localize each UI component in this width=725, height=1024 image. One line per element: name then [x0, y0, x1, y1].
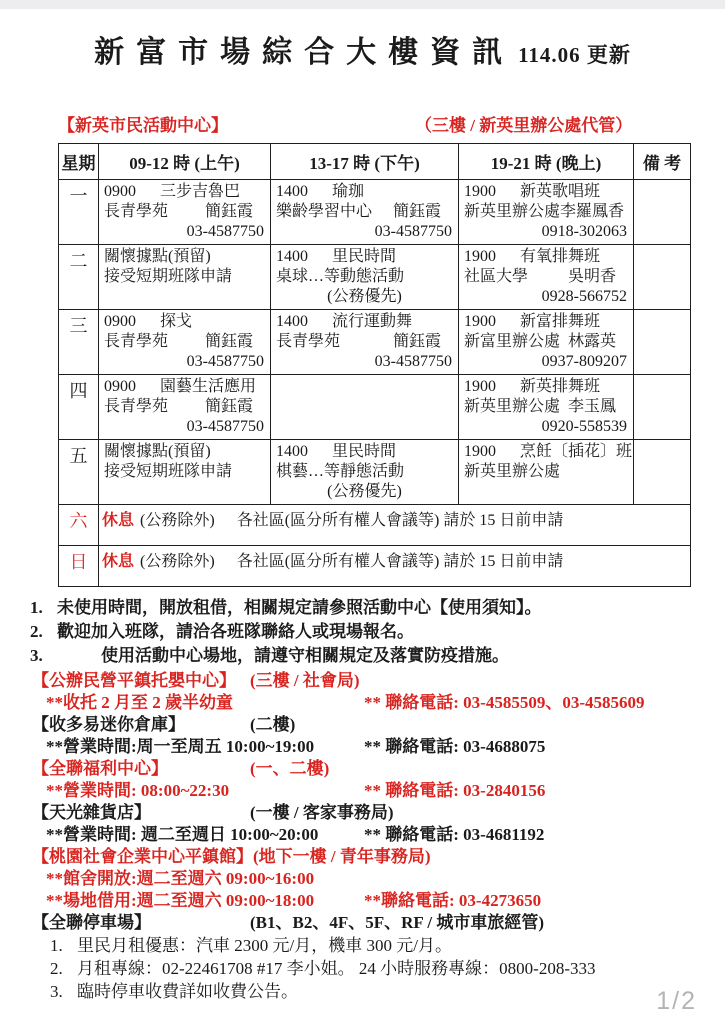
column-header: 19-21 時 (晚上)	[459, 144, 634, 180]
organization: 長青學苑	[274, 332, 340, 352]
detail-left: **營業時間: 08:00~22:30	[46, 780, 364, 802]
section-heading: 【天光雜貨店】	[32, 802, 250, 824]
contact-person: 簡鈺霞	[205, 332, 253, 352]
phone-number: 0937-809207	[462, 352, 630, 372]
section-header: 【天光雜貨店】(一樓 / 客家事務局)	[32, 802, 725, 824]
schedule-row: 一0900三步吉魯巴長青學苑簡鈺霞03-45877501400瑜珈樂齡學習中心簡…	[59, 180, 691, 245]
schedule-row: 三0900探戈長青學苑簡鈺霞03-45877501400流行運動舞長青學苑簡鈺霞…	[59, 310, 691, 375]
phone-number: 03-4587750	[102, 417, 267, 437]
class-time: 0900	[102, 377, 160, 397]
remark-cell	[634, 245, 691, 310]
schedule-line: 0900園藝生活應用	[102, 377, 267, 397]
phone-number: 03-4587750	[274, 352, 455, 372]
organization: 長青學苑	[102, 202, 168, 222]
schedule-line: 1900新富排舞班	[462, 312, 630, 332]
column-header: 13-17 時 (下午)	[271, 144, 459, 180]
class-name: 里民時間	[332, 247, 396, 267]
contact-person: 吳明香	[568, 267, 616, 287]
section-location: (地下一樓 / 青年事務局)	[253, 846, 431, 868]
facility-section: 【全聯福利中心】(一、二樓)**營業時間: 08:00~22:30** 聯絡電話…	[32, 758, 725, 802]
schedule-cell: 1900新英歌唱班新英里辦公處李羅鳳香0918-302063	[459, 180, 634, 245]
rest-qualifier: (公務除外)	[140, 512, 215, 529]
detail-left: **場地借用:週二至週六 09:00~18:00	[46, 890, 364, 912]
section-header: 【全聯停車場】(B1、B2、4F、5F、RF / 城市車旅經管)	[32, 912, 725, 934]
schedule-cell: 0900園藝生活應用長青學苑簡鈺霞03-4587750	[99, 375, 271, 440]
day-cell: 五	[59, 440, 99, 505]
class-name: 新富排舞班	[520, 312, 600, 332]
class-name: 探戈	[160, 312, 192, 332]
table-body: 一0900三步吉魯巴長青學苑簡鈺霞03-45877501400瑜珈樂齡學習中心簡…	[59, 180, 691, 587]
schedule-line: 新英里辦公處李羅鳳香	[462, 202, 630, 222]
class-name: 園藝生活應用	[160, 377, 256, 397]
detail-left: **營業時間:周一至周五 10:00~19:00	[46, 736, 364, 758]
section-location: (B1、B2、4F、5F、RF / 城市車旅經管)	[250, 912, 544, 934]
parking-note-text: 月租專線：02-22461708 #17 李小姐。 24 小時服務專線：0800…	[77, 957, 595, 980]
schedule-cell: 1400里民時間桌球…等動態活動(公務優先)	[271, 245, 459, 310]
schedule-cell: 關懷據點(預留)接受短期班隊申請	[99, 440, 271, 505]
rest-label: 休息	[102, 553, 134, 570]
contact-person: 林露英	[568, 332, 616, 352]
facility-section: 【桃園社會企業中心平鎮館】(地下一樓 / 青年事務局)**館舍開放:週二至週六 …	[32, 846, 725, 912]
remark-cell	[634, 310, 691, 375]
organization: 長青學苑	[102, 332, 168, 352]
activity-center-location: （三樓 / 新英里辦公處代管）	[415, 111, 632, 136]
section-detail-line: **收托 2 月至 2 歲半幼童** 聯絡電話: 03-4585509、03-4…	[32, 692, 725, 714]
detail-right: ** 聯絡電話: 03-2840156	[364, 780, 545, 802]
header-row: 星期09-12 時 (上午)13-17 時 (下午)19-21 時 (晚上)備 …	[59, 144, 691, 180]
note-text: 歡迎加入班隊，請洽各班隊聯絡人或現場報名。	[57, 620, 414, 644]
rest-row: 六休息(公務除外)各社區(區分所有權人會議等) 請於 15 日前申請	[59, 505, 691, 546]
note-number: 2.	[30, 620, 57, 644]
cell-note: (公務優先)	[274, 287, 455, 307]
schedule-line: 1900新英排舞班	[462, 377, 630, 397]
schedule-cell: 1900新英排舞班新英里辦公處李玉鳳0920-558539	[459, 375, 634, 440]
rest-detail: 各社區(區分所有權人會議等) 請於 15 日前申請	[237, 553, 564, 570]
parking-note-number: 1.	[50, 934, 77, 957]
class-time: 1900	[462, 442, 520, 462]
column-header: 09-12 時 (上午)	[99, 144, 271, 180]
parking-note: 2.月租專線：02-22461708 #17 李小姐。 24 小時服務專線：08…	[32, 957, 725, 980]
schedule-line: 1900新英歌唱班	[462, 182, 630, 202]
schedule-line: 1400里民時間	[274, 247, 455, 267]
activity-center-header: 【新英市民活動中心】 （三樓 / 新英里辦公處代管）	[58, 111, 725, 136]
section-location: (一樓 / 客家事務局)	[250, 802, 394, 824]
schedule-line: 1900有氧排舞班	[462, 247, 630, 267]
section-location: (一、二樓)	[250, 758, 329, 780]
activity-center-heading: 【新英市民活動中心】	[58, 111, 415, 136]
phone-number: 0928-566752	[462, 287, 630, 307]
cell-text: 桌球…等動態活動	[274, 267, 455, 287]
organization: 長青學苑	[102, 397, 168, 417]
section-heading: 【全聯福利中心】	[32, 758, 250, 780]
cell-note: (公務優先)	[274, 482, 455, 502]
class-name: 里民時間	[332, 442, 396, 462]
schedule-line: 長青學苑簡鈺霞	[102, 202, 267, 222]
organization: 新英里辦公處	[462, 397, 560, 417]
schedule-line: 長青學苑簡鈺霞	[274, 332, 455, 352]
detail-left: **收托 2 月至 2 歲半幼童	[46, 692, 364, 714]
parking-note-text: 臨時停車收費詳如收費公告。	[77, 980, 298, 1003]
schedule-cell: 關懷據點(預留)接受短期班隊申請	[99, 245, 271, 310]
class-name: 烹飪〔插花〕班	[520, 442, 632, 462]
note-item: 2.歡迎加入班隊，請洽各班隊聯絡人或現場報名。	[30, 620, 725, 644]
organization: 社區大學	[462, 267, 528, 287]
schedule-cell: 0900探戈長青學苑簡鈺霞03-4587750	[99, 310, 271, 375]
schedule-line: 長青學苑簡鈺霞	[102, 397, 267, 417]
facility-section: 【天光雜貨店】(一樓 / 客家事務局)**營業時間: 週二至週日 10:00~2…	[32, 802, 725, 846]
organization: 新英里辦公處	[462, 202, 560, 222]
schedule-cell: 1400瑜珈樂齡學習中心簡鈺霞03-4587750	[271, 180, 459, 245]
cell-text: 關懷據點(預留)	[102, 247, 267, 267]
schedule-cell: 0900三步吉魯巴長青學苑簡鈺霞03-4587750	[99, 180, 271, 245]
phone-number: 0920-558539	[462, 417, 630, 437]
class-name: 流行運動舞	[332, 312, 412, 332]
table-head: 星期09-12 時 (上午)13-17 時 (下午)19-21 時 (晚上)備 …	[59, 144, 691, 180]
schedule-line: 長青學苑簡鈺霞	[102, 332, 267, 352]
document-page: 新富市場綜合大樓資訊 114.06 更新 【新英市民活動中心】 （三樓 / 新英…	[0, 0, 725, 1024]
cell-text: 新英里辦公處	[462, 462, 630, 482]
class-time: 1900	[462, 377, 520, 397]
phone-number: 03-4587750	[102, 352, 267, 372]
cell-text: 棋藝…等靜態活動	[274, 462, 455, 482]
note-text: 未使用時間，開放租借，相關規定請參照活動中心【使用須知】。	[57, 596, 542, 620]
class-name: 三步吉魯巴	[160, 182, 240, 202]
section-header: 【全聯福利中心】(一、二樓)	[32, 758, 725, 780]
rest-cell: 休息(公務除外)各社區(區分所有權人會議等) 請於 15 日前申請	[99, 505, 691, 546]
column-header: 星期	[59, 144, 99, 180]
contact-person: 李玉鳳	[568, 397, 616, 417]
day-cell: 三	[59, 310, 99, 375]
phone-number: 03-4587750	[274, 222, 455, 242]
schedule-line: 社區大學吳明香	[462, 267, 630, 287]
page-title: 新富市場綜合大樓資訊	[94, 36, 514, 69]
schedule-cell: 1400里民時間棋藝…等靜態活動(公務優先)	[271, 440, 459, 505]
parking-note-number: 3.	[50, 980, 77, 1003]
section-detail-line: **營業時間: 08:00~22:30** 聯絡電話: 03-2840156	[32, 780, 725, 802]
day-cell: 一	[59, 180, 99, 245]
schedule-row: 五關懷據點(預留)接受短期班隊申請1400里民時間棋藝…等靜態活動(公務優先)1…	[59, 440, 691, 505]
class-time: 0900	[102, 182, 160, 202]
class-time: 0900	[102, 312, 160, 332]
detail-right: ** 聯絡電話: 03-4585509、03-4585609	[364, 692, 644, 714]
schedule-row: 四0900園藝生活應用長青學苑簡鈺霞03-45877501900新英排舞班新英里…	[59, 375, 691, 440]
day-cell: 日	[59, 546, 99, 587]
section-detail-line: **館舍開放:週二至週六 09:00~16:00	[32, 868, 725, 890]
note-number: 1.	[30, 596, 57, 620]
class-name: 新英排舞班	[520, 377, 600, 397]
schedule-line: 0900探戈	[102, 312, 267, 332]
class-time: 1900	[462, 247, 520, 267]
class-time: 1400	[274, 312, 332, 332]
detail-right: ** 聯絡電話: 03-4688075	[364, 736, 545, 758]
section-header: 【公辦民營平鎮托嬰中心】(三樓 / 社會局)	[32, 670, 725, 692]
contact-person: 簡鈺霞	[393, 332, 441, 352]
day-cell: 六	[59, 505, 99, 546]
page-number: 1/2	[656, 987, 697, 1016]
schedule-cell: 1900有氧排舞班社區大學吳明香0928-566752	[459, 245, 634, 310]
phone-number: 03-4587750	[102, 222, 267, 242]
facility-section: 【公辦民營平鎮托嬰中心】(三樓 / 社會局)**收托 2 月至 2 歲半幼童**…	[32, 670, 725, 714]
note-number: 3.	[30, 644, 57, 668]
schedule-cell: 1400流行運動舞長青學苑簡鈺霞03-4587750	[271, 310, 459, 375]
class-time: 1900	[462, 312, 520, 332]
schedule-cell: 1900新富排舞班新富里辦公處林露英0937-809207	[459, 310, 634, 375]
section-detail-line: **場地借用:週二至週六 09:00~18:00**聯絡電話: 03-42736…	[32, 890, 725, 912]
cell-text: 接受短期班隊申請	[102, 462, 267, 482]
class-name: 新英歌唱班	[520, 182, 600, 202]
schedule-line: 1400里民時間	[274, 442, 455, 462]
facility-section: 【收多易迷你倉庫】(二樓)**營業時間:周一至周五 10:00~19:00** …	[32, 714, 725, 758]
section-detail-line: **營業時間: 週二至週日 10:00~20:00** 聯絡電話: 03-468…	[32, 824, 725, 846]
parking-note-number: 2.	[50, 957, 77, 980]
class-time: 1400	[274, 442, 332, 462]
schedule-line: 新英里辦公處李玉鳳	[462, 397, 630, 417]
detail-right: ** 聯絡電話: 03-4681192	[364, 824, 544, 846]
contact-person: 簡鈺霞	[205, 397, 253, 417]
title-bar: 新富市場綜合大樓資訊 114.06 更新	[0, 27, 725, 71]
parking-note-text: 里民月租優惠：汽車 2300 元/月，機車 300 元/月。	[77, 934, 452, 957]
facility-section: 【全聯停車場】(B1、B2、4F、5F、RF / 城市車旅經管)1.里民月租優惠…	[32, 912, 725, 1003]
class-time: 1400	[274, 182, 332, 202]
contact-person: 簡鈺霞	[205, 202, 253, 222]
section-location: (三樓 / 社會局)	[250, 670, 360, 692]
note-text: 使用活動中心場地，請遵守相關規定及落實防疫措施。	[101, 644, 509, 668]
class-name: 瑜珈	[332, 182, 364, 202]
day-cell: 二	[59, 245, 99, 310]
schedule-line: 新富里辦公處林露英	[462, 332, 630, 352]
rest-cell: 休息(公務除外)各社區(區分所有權人會議等) 請於 15 日前申請	[99, 546, 691, 587]
facility-sections: 【公辦民營平鎮托嬰中心】(三樓 / 社會局)**收托 2 月至 2 歲半幼童**…	[32, 670, 725, 1003]
contact-person: 簡鈺霞	[393, 202, 441, 222]
update-version: 114.06 更新	[518, 43, 631, 67]
schedule-row: 二關懷據點(預留)接受短期班隊申請1400里民時間桌球…等動態活動(公務優先)1…	[59, 245, 691, 310]
detail-right: **聯絡電話: 03-4273650	[364, 890, 541, 912]
schedule-line: 樂齡學習中心簡鈺霞	[274, 202, 455, 222]
class-time: 1400	[274, 247, 332, 267]
rest-row: 日休息(公務除外)各社區(區分所有權人會議等) 請於 15 日前申請	[59, 546, 691, 587]
rest-qualifier: (公務除外)	[140, 553, 215, 570]
organization: 新富里辦公處	[462, 332, 560, 352]
section-location: (二樓)	[250, 714, 295, 736]
note-item: 3.使用活動中心場地，請遵守相關規定及落實防疫措施。	[30, 644, 725, 668]
section-heading: 【桃園社會企業中心平鎮館】	[32, 846, 253, 868]
section-heading: 【全聯停車場】	[32, 912, 250, 934]
section-header: 【收多易迷你倉庫】(二樓)	[32, 714, 725, 736]
remark-cell	[634, 375, 691, 440]
class-time: 1900	[462, 182, 520, 202]
class-name: 有氧排舞班	[520, 247, 600, 267]
section-heading: 【公辦民營平鎮托嬰中心】	[32, 670, 250, 692]
organization: 樂齡學習中心	[274, 202, 372, 222]
section-header: 【桃園社會企業中心平鎮館】(地下一樓 / 青年事務局)	[32, 846, 725, 868]
scan-edge-strip	[0, 0, 725, 9]
remark-cell	[634, 440, 691, 505]
detail-left: **館舍開放:週二至週六 09:00~16:00	[46, 868, 364, 890]
day-cell: 四	[59, 375, 99, 440]
schedule-cell	[271, 375, 459, 440]
schedule-line: 1400流行運動舞	[274, 312, 455, 332]
rest-detail: 各社區(區分所有權人會議等) 請於 15 日前申請	[237, 512, 564, 529]
contact-person: 李羅鳳香	[560, 202, 624, 222]
parking-note: 1.里民月租優惠：汽車 2300 元/月，機車 300 元/月。	[32, 934, 725, 957]
schedule-line: 0900三步吉魯巴	[102, 182, 267, 202]
usage-notes: 1.未使用時間，開放租借，相關規定請參照活動中心【使用須知】。2.歡迎加入班隊，…	[30, 596, 725, 668]
schedule-table: 星期09-12 時 (上午)13-17 時 (下午)19-21 時 (晚上)備 …	[58, 143, 691, 587]
cell-text: 關懷據點(預留)	[102, 442, 267, 462]
parking-note: 3.臨時停車收費詳如收費公告。	[32, 980, 725, 1003]
note-item: 1.未使用時間，開放租借，相關規定請參照活動中心【使用須知】。	[30, 596, 725, 620]
detail-left: **營業時間: 週二至週日 10:00~20:00	[46, 824, 364, 846]
phone-number: 0918-302063	[462, 222, 630, 242]
column-header: 備 考	[634, 144, 691, 180]
rest-label: 休息	[102, 512, 134, 529]
schedule-cell: 1900烹飪〔插花〕班新英里辦公處	[459, 440, 634, 505]
schedule-line: 1900烹飪〔插花〕班	[462, 442, 630, 462]
section-heading: 【收多易迷你倉庫】	[32, 714, 250, 736]
cell-text: 接受短期班隊申請	[102, 267, 267, 287]
remark-cell	[634, 180, 691, 245]
schedule-line: 1400瑜珈	[274, 182, 455, 202]
section-detail-line: **營業時間:周一至周五 10:00~19:00** 聯絡電話: 03-4688…	[32, 736, 725, 758]
